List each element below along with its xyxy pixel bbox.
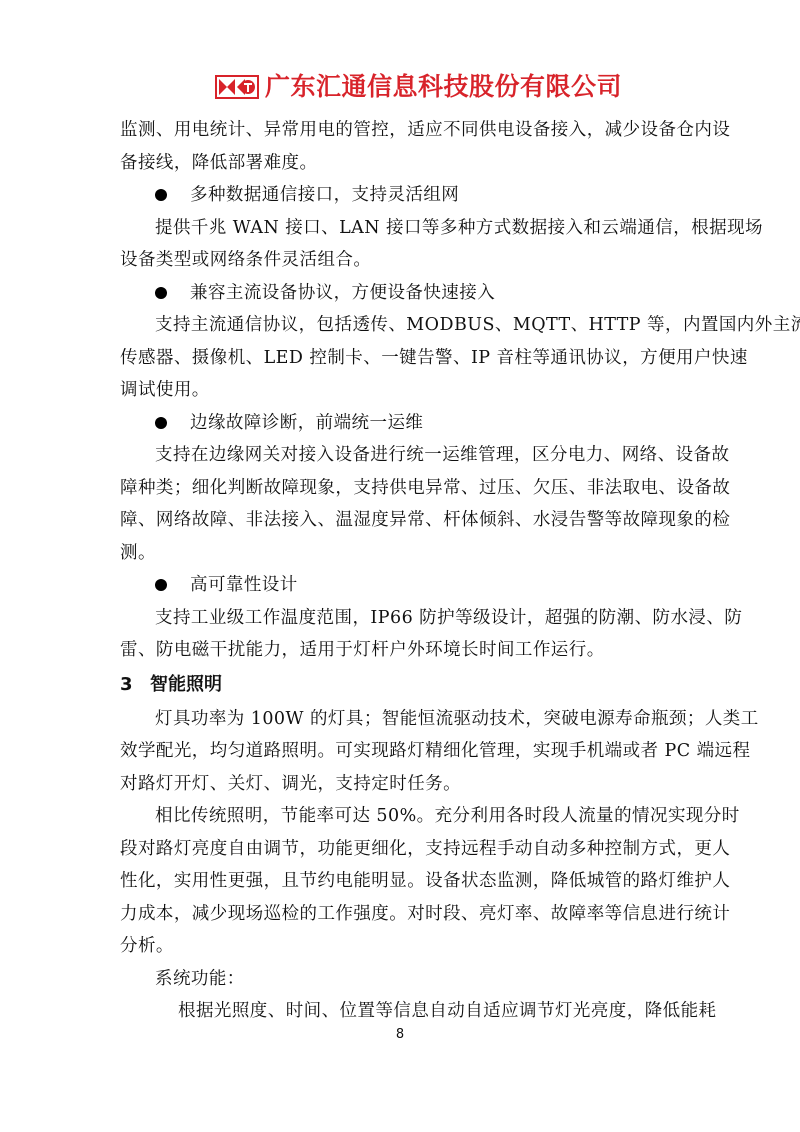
- bullet-icon: [155, 287, 167, 299]
- paragraph-line: 备接线，降低部署难度。: [120, 147, 680, 180]
- bullet-item: 多种数据通信接口，支持灵活组网: [120, 179, 680, 212]
- bullet-text: 高可靠性设计: [190, 569, 298, 602]
- page-number: 8: [0, 1027, 800, 1042]
- paragraph-line: 设备类型或网络条件灵活组合。: [120, 244, 680, 277]
- paragraph-line: 支持工业级工作温度范围，IP66 防护等级设计，超强的防潮、防水浸、防: [120, 602, 680, 635]
- paragraph-line: 监测、用电统计、异常用电的管控，适应不同供电设备接入，减少设备仓内设: [120, 114, 680, 147]
- paragraph-line: 灯具功率为 100W 的灯具；智能恒流驱动技术，突破电源寿命瓶颈；人类工: [120, 703, 680, 736]
- bullet-item: 根据光照度、时间、位置等信息自动自适应调节灯光亮度，降低能耗: [120, 995, 680, 1028]
- paragraph-line: 性化，实用性更强，且节约电能明显。设备状态监测，降低城管的路灯维护人: [120, 865, 680, 898]
- paragraph-line: 力成本，减少现场巡检的工作强度。对时段、亮灯率、故障率等信息进行统计: [120, 898, 680, 931]
- paragraph-line: 调试使用。: [120, 374, 680, 407]
- bullet-icon: [155, 417, 167, 429]
- document-body: 监测、用电统计、异常用电的管控，适应不同供电设备接入，减少设备仓内设 备接线，降…: [120, 114, 680, 1028]
- paragraph-line: 相比传统照明，节能率可达 50%。充分利用各时段人流量的情况实现分时: [120, 800, 680, 833]
- paragraph-line: 雷、防电磁干扰能力，适用于灯杆户外环境长时间工作运行。: [120, 634, 680, 667]
- bullet-item: 边缘故障诊断，前端统一运维: [120, 407, 680, 440]
- company-name: 广东汇通信息科技股份有限公司: [265, 72, 622, 102]
- section-title: 智能照明: [150, 667, 222, 703]
- bullet-icon: [155, 579, 167, 591]
- bullet-text: 根据光照度、时间、位置等信息自动自适应调节灯光亮度，降低能耗: [178, 995, 717, 1028]
- bullet-text: 边缘故障诊断，前端统一运维: [190, 407, 423, 440]
- paragraph-line: 支持在边缘网关对接入设备进行统一运维管理，区分电力、网络、设备故: [120, 439, 680, 472]
- paragraph-line: 系统功能：: [120, 963, 680, 996]
- paragraph-line: 分析。: [120, 930, 680, 963]
- section-heading: 3 智能照明: [120, 667, 680, 703]
- bullet-text: 多种数据通信接口，支持灵活组网: [190, 179, 459, 212]
- paragraph-line: 障、网络故障、非法接入、温湿度异常、杆体倾斜、水浸告警等故障现象的检: [120, 504, 680, 537]
- paragraph-line: 传感器、摄像机、LED 控制卡、一键告警、IP 音柱等通讯协议，方便用户快速: [120, 342, 680, 375]
- paragraph-line: 测。: [120, 537, 680, 570]
- paragraph-line: 效学配光，均匀道路照明。可实现路灯精细化管理，实现手机端或者 PC 端远程: [120, 735, 680, 768]
- paragraph-line: 支持主流通信协议，包括透传、MODBUS、MQTT、HTTP 等，内置国内外主流: [120, 309, 680, 342]
- paragraph-line: 段对路灯亮度自由调节，功能更细化，支持远程手动自动多种控制方式，更人: [120, 833, 680, 866]
- section-number: 3: [120, 667, 150, 703]
- paragraph-line: 障种类；细化判断故障现象，支持供电异常、过压、欠压、非法取电、设备故: [120, 472, 680, 505]
- bullet-item: 兼容主流设备协议，方便设备快速接入: [120, 277, 680, 310]
- company-logo-icon: [215, 75, 259, 99]
- paragraph-line: 对路灯开灯、关灯、调光，支持定时任务。: [120, 768, 680, 801]
- bullet-text: 兼容主流设备协议，方便设备快速接入: [190, 277, 495, 310]
- paragraph-line: 提供千兆 WAN 接口、LAN 接口等多种方式数据接入和云端通信，根据现场: [120, 212, 680, 245]
- bullet-icon: [155, 189, 167, 201]
- page-header: 广东汇通信息科技股份有限公司: [215, 72, 622, 102]
- bullet-item: 高可靠性设计: [120, 569, 680, 602]
